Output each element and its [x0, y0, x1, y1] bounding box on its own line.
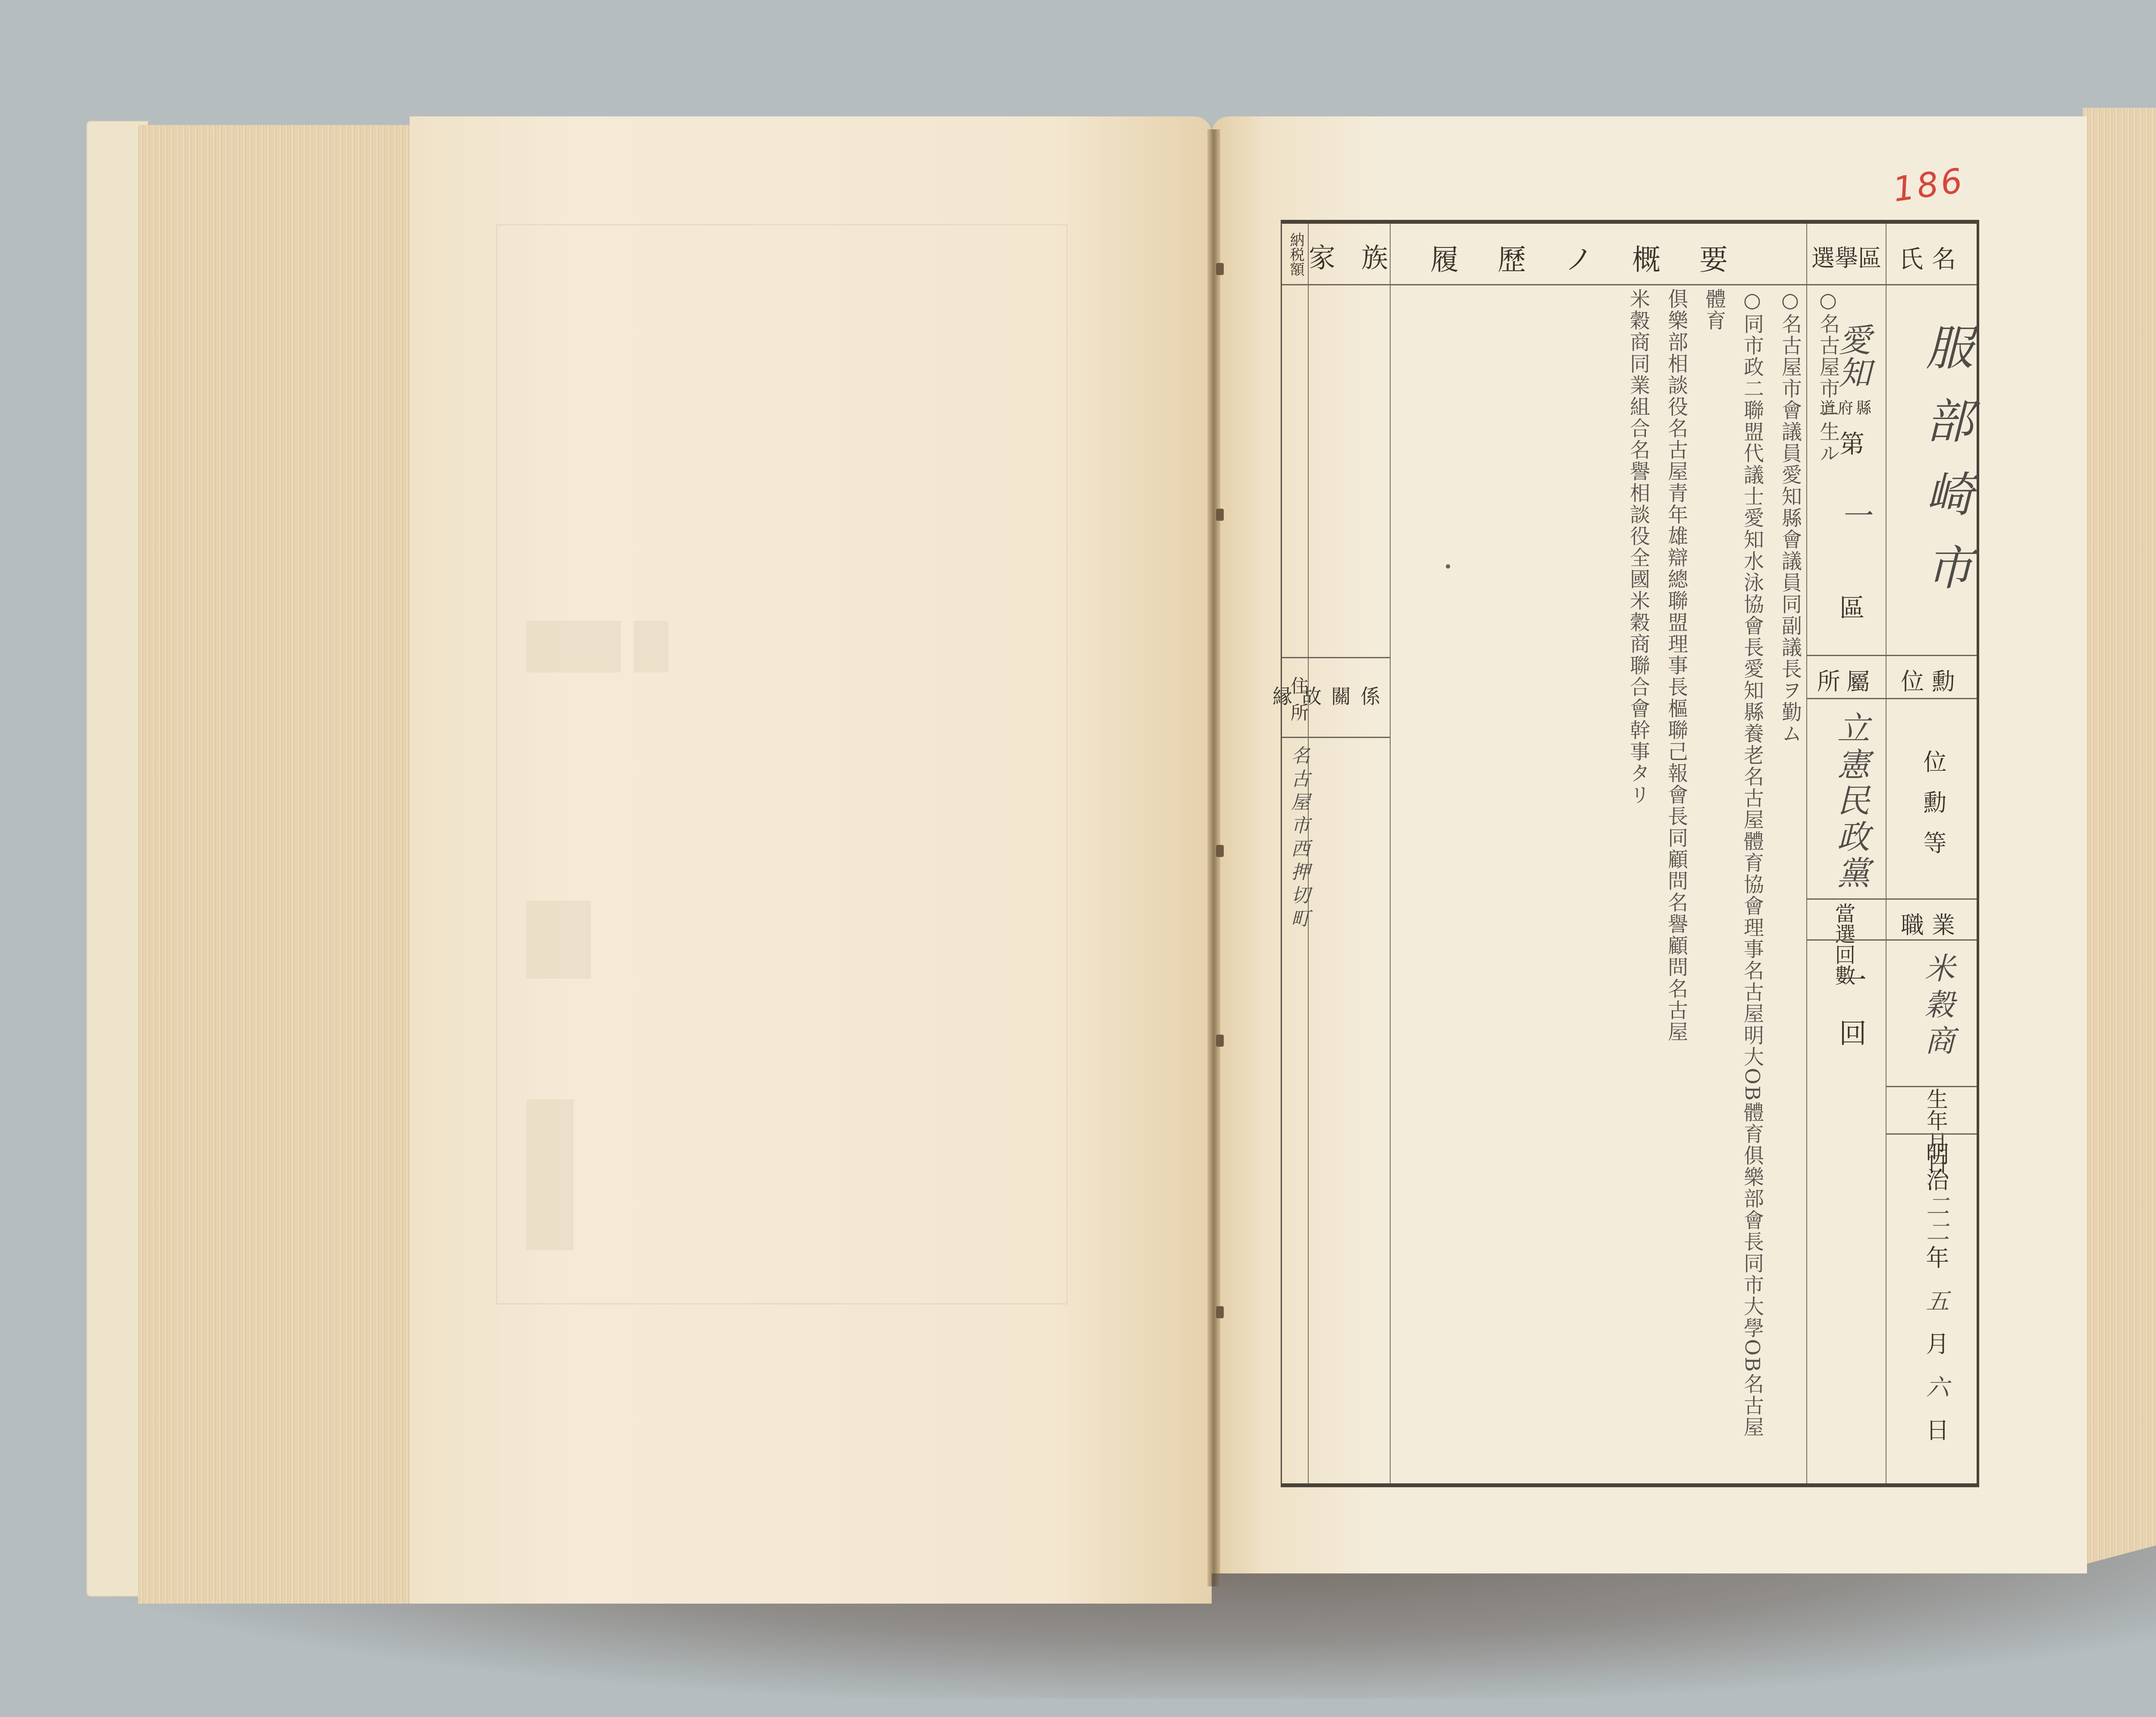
biography-text: ○名古屋市ニ生ル ○名古屋市會議員愛知縣會議員同副議長ヲ勤ム ○同市政二聯盟代議… [1601, 288, 1847, 1444]
birth-month: 五 [1919, 1289, 1952, 1314]
address-label: 住所 [1285, 676, 1311, 730]
occupation-value: 米穀商 [1916, 952, 1959, 1061]
birth-month-suffix: 月 [1919, 1332, 1952, 1357]
rule [1282, 657, 1308, 658]
rule [1886, 939, 1977, 941]
rule [1886, 655, 1977, 656]
ink-speck [1446, 564, 1450, 569]
page-edges-right [2083, 108, 2156, 1565]
birth-year-suffix: 年 [1919, 1245, 1952, 1271]
show-through-mark [526, 901, 591, 979]
binding-stitch [1216, 845, 1224, 857]
biography-line: ○名古屋市會議員愛知縣會議員同副議長ヲ勤ム [1771, 288, 1809, 1444]
book-gutter [1207, 129, 1220, 1586]
header-district: 選擧區 [1807, 240, 1886, 273]
show-through-frame [496, 224, 1068, 1304]
show-through-mark [634, 621, 668, 672]
candidate-record-form: 納税額 家族 履歷ノ概要 選擧區 氏名 服部崎市 位勳 位勳等 職業 米穀商 生… [1281, 220, 1979, 1487]
biography-line: 俱樂部相談役名古屋青年雄辯總聯盟理事長樞聯己報會長同顧問名譽顧問名古屋 [1657, 288, 1695, 1444]
rule [1886, 1086, 1977, 1087]
header-rule [1282, 284, 1977, 285]
rule [1886, 698, 1977, 699]
rule [1282, 737, 1308, 738]
header-family: 家族 [1309, 237, 1390, 275]
binding-stitch [1216, 263, 1224, 275]
connections-label: 縁故關係 [1310, 681, 1390, 709]
header-biography: 履歷ノ概要 [1391, 237, 1806, 278]
rank-label: 位勳 [1887, 663, 1977, 697]
header-tax: 納税額 [1285, 232, 1307, 276]
birth-date-value: 明治二二年五月六日 [1919, 1142, 1952, 1444]
rule [1886, 1133, 1977, 1135]
rank-value: 位勳等 [1920, 750, 1946, 871]
page-edges-left [138, 125, 414, 1604]
binding-stitch [1216, 509, 1224, 521]
binding-stitch [1216, 1035, 1224, 1047]
birth-era: 明治 [1922, 1142, 1949, 1194]
birth-day-suffix: 日 [1922, 1418, 1949, 1444]
left-page [410, 116, 1212, 1604]
name-value: 服部崎市 [1912, 323, 1980, 616]
divider-family [1390, 224, 1391, 1483]
header-name: 氏名 [1887, 240, 1977, 275]
binding-stitch [1216, 1306, 1224, 1318]
show-through-mark [526, 621, 621, 672]
occupation-label: 職業 [1887, 907, 1977, 940]
rule [1886, 898, 1977, 900]
rule [1308, 737, 1390, 738]
divider-district [1886, 224, 1887, 1483]
birth-day: 六 [1919, 1375, 1952, 1401]
biography-line: 米穀商同業組合名譽相談役全國米穀商聯合會幹事タリ [1619, 288, 1657, 1444]
biography-line: ○同市政二聯盟代議士愛知水泳協會長愛知縣養老名古屋體育協會理事名古屋明大OB體育… [1695, 288, 1771, 1444]
birth-year: 二二 [1922, 1194, 1949, 1245]
show-through-mark [526, 1099, 573, 1250]
rule [1308, 657, 1390, 658]
address-value: 名古屋市西押切町 [1285, 745, 1312, 932]
biography-line: ○名古屋市ニ生ル [1809, 288, 1847, 1444]
